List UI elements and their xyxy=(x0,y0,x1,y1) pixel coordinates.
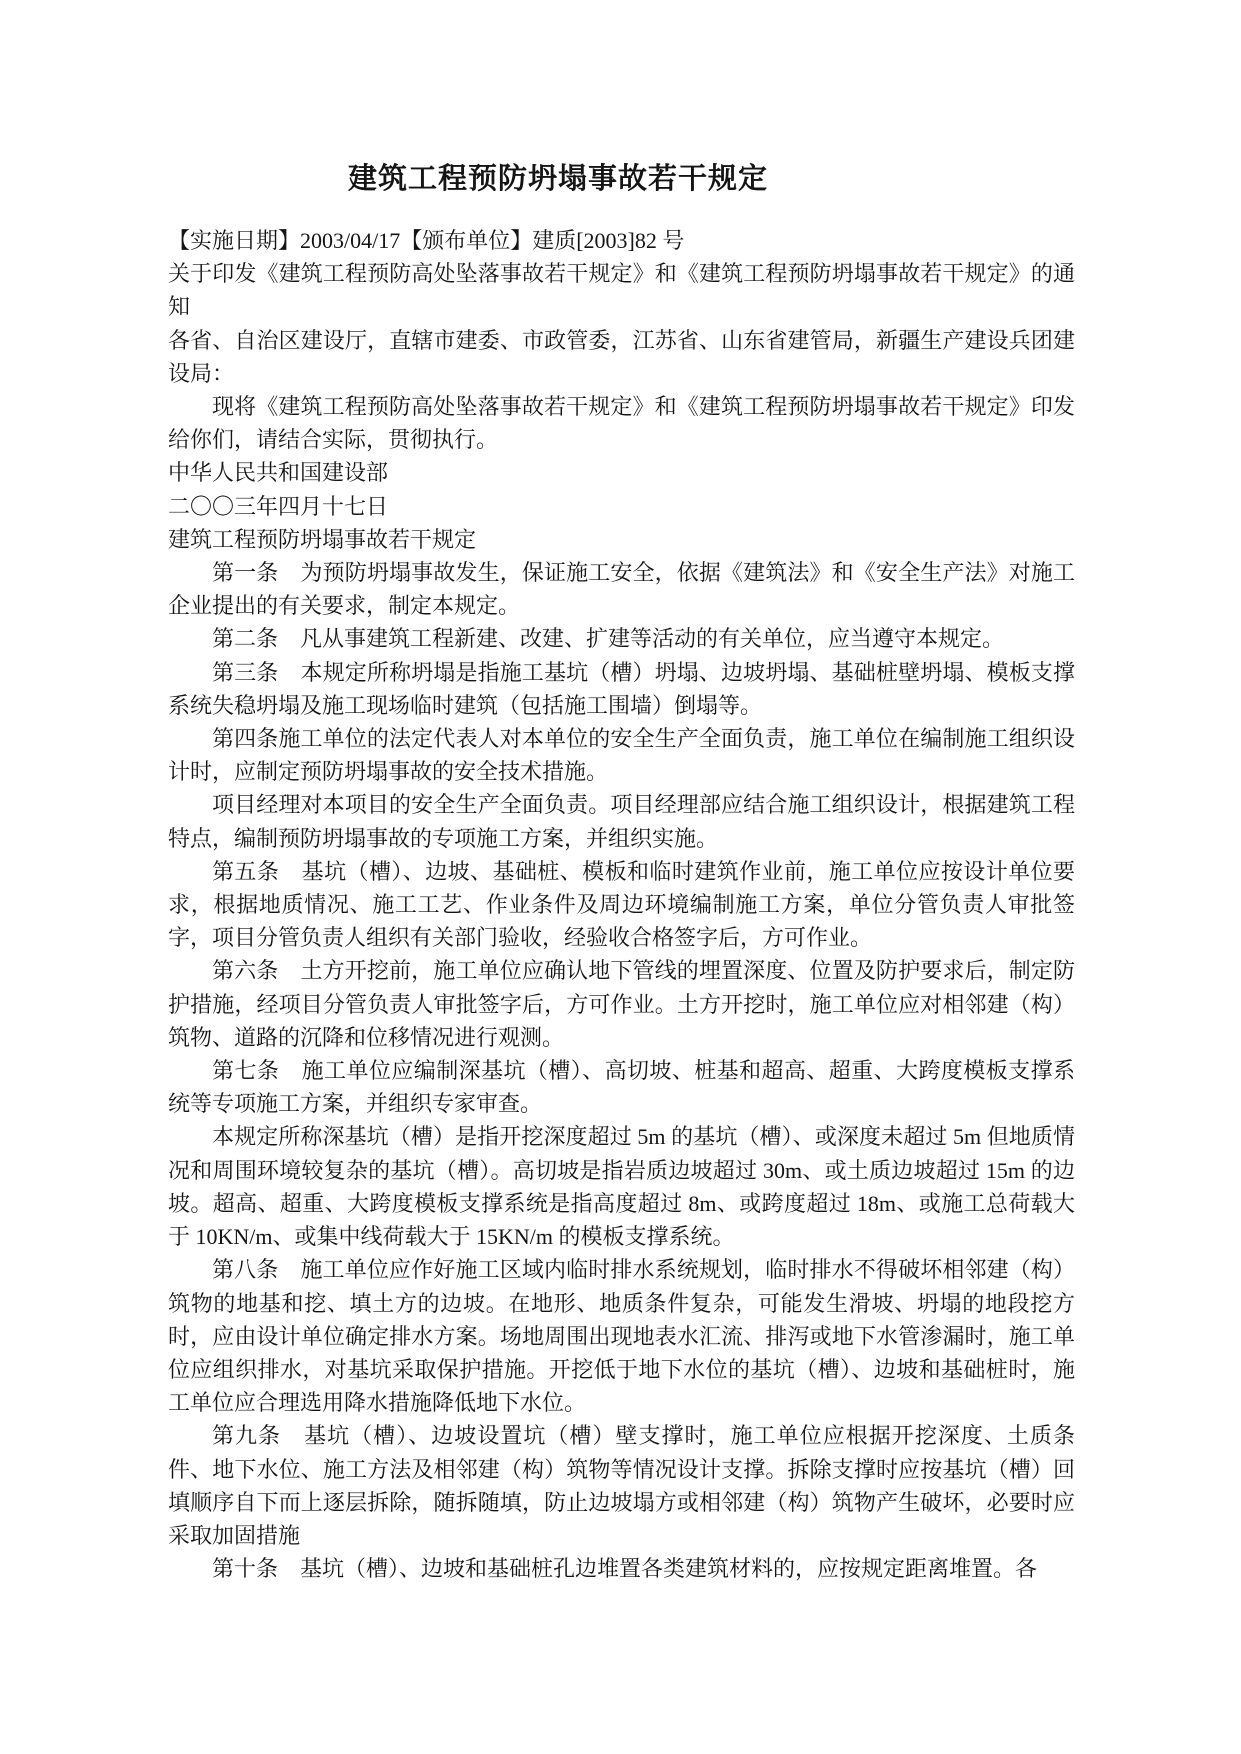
article-1: 第一条 为预防坍塌事故发生，保证施工安全，依据《建筑法》和《安全生产法》对施工企… xyxy=(168,556,1075,622)
issuing-authority: 中华人民共和国建设部 xyxy=(168,456,1075,489)
notice-title-line: 关于印发《建筑工程预防高处坠落事故若干规定》和《建筑工程预防坍塌事故若干规定》的… xyxy=(168,257,1075,323)
document-title: 建筑工程预防坍塌事故若干规定 xyxy=(0,156,1116,197)
issue-date: 二〇〇三年四月十七日 xyxy=(168,490,1075,523)
article-2: 第二条 凡从事建筑工程新建、改建、扩建等活动的有关单位，应当遵守本规定。 xyxy=(168,622,1075,655)
article-7-definitions: 本规定所称深基坑（槽）是指开挖深度超过 5m 的基坑（槽）、或深度未超过 5m … xyxy=(168,1120,1075,1253)
regulation-heading: 建筑工程预防坍塌事故若干规定 xyxy=(168,523,1075,556)
article-8: 第八条 施工单位应作好施工区域内临时排水系统规划，临时排水不得破坏相邻建（构）筑… xyxy=(168,1253,1075,1419)
article-3: 第三条 本规定所称坍塌是指施工基坑（槽）坍塌、边坡坍塌、基础桩壁坍塌、模板支撑系… xyxy=(168,656,1075,722)
document-body: 【实施日期】2003/04/17【颁布单位】建质[2003]82 号 关于印发《… xyxy=(168,224,1075,1585)
article-5: 第五条 基坑（槽）、边坡、基础桩、模板和临时建筑作业前，施工单位应按设计单位要求… xyxy=(168,855,1075,955)
article-4-continued: 项目经理对本项目的安全生产全面负责。项目经理部应结合施工组织设计，根据建筑工程特… xyxy=(168,788,1075,854)
document-page: 建筑工程预防坍塌事故若干规定 【实施日期】2003/04/17【颁布单位】建质[… xyxy=(0,0,1241,1754)
article-4: 第四条施工单位的法定代表人对本单位的安全生产全面负责，施工单位在编制施工组织设计… xyxy=(168,722,1075,788)
meta-line: 【实施日期】2003/04/17【颁布单位】建质[2003]82 号 xyxy=(168,224,1075,257)
article-10: 第十条 基坑（槽）、边坡和基础桩孔边堆置各类建筑材料的，应按规定距离堆置。各 xyxy=(168,1552,1075,1585)
article-6: 第六条 土方开挖前，施工单位应确认地下管线的埋置深度、位置及防护要求后，制定防护… xyxy=(168,954,1075,1054)
addressee-line: 各省、自治区建设厅，直辖市建委、市政管委，江苏省、山东省建管局，新疆生产建设兵团… xyxy=(168,324,1075,390)
article-7: 第七条 施工单位应编制深基坑（槽）、高切坡、桩基和超高、超重、大跨度模板支撑系统… xyxy=(168,1054,1075,1120)
article-9: 第九条 基坑（槽）、边坡设置坑（槽）壁支撑时，施工单位应根据开挖深度、土质条件、… xyxy=(168,1419,1075,1552)
issuance-statement: 现将《建筑工程预防高处坠落事故若干规定》和《建筑工程预防坍塌事故若干规定》印发给… xyxy=(168,390,1075,456)
